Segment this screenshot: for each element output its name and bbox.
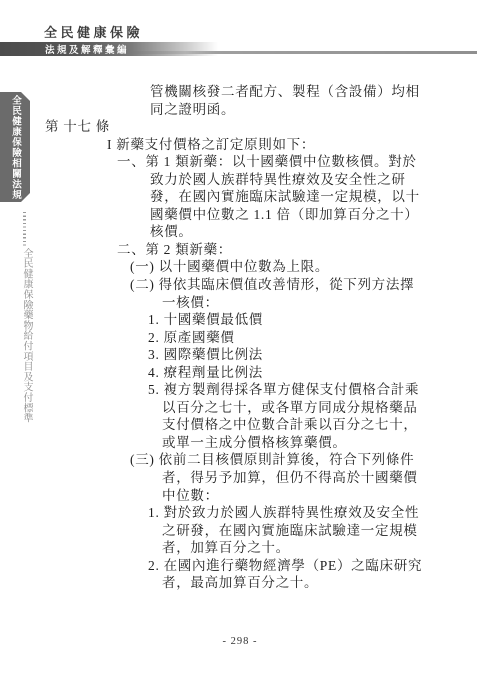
text-line: 國藥價中位數之 1.1 倍（即加算百分之十） (45, 206, 477, 224)
text-line: 1. 對於致力於國人族群特異性療效及安全性 (45, 504, 477, 522)
text-line: 者，得另予加算，但仍不得高於十國藥價 (45, 469, 477, 487)
text-line: 或單一主成分價格核算藥價。 (45, 434, 477, 452)
text-line: (三) 依前二目核價原則計算後，符合下列條件 (45, 451, 477, 469)
header-bar: 法規及解釋彙編 (0, 42, 218, 56)
text-line: 4. 療程劑量比例法 (45, 364, 477, 382)
page-number: - 298 - (0, 636, 480, 647)
text-line: 2. 在國內進行藥物經濟學（PE）之臨床研究 (45, 557, 477, 575)
text-line: I 新藥支付價格之訂定原則如下： (45, 136, 477, 154)
text-line: (一) 以十國藥價中位數為上限。 (45, 258, 477, 276)
header-bar-label: 法規及解釋彙編 (45, 42, 129, 56)
text-line: 3. 國際藥價比例法 (45, 346, 477, 364)
book-title: 全民健康保險 (44, 22, 143, 41)
text-line: 5. 複方製劑得採各單方健保支付價格合計乘 (45, 381, 477, 399)
text-line: 一、第 1 類新藥：以十國藥價中位數核價。對於 (45, 153, 477, 171)
text-line: (二) 得依其臨床價值改善情形，從下列方法擇 (45, 276, 477, 294)
document-body: 管機關核發二者配方、製程（含設備）均相同之證明函。第 十七 條I 新藥支付價格之… (45, 83, 477, 592)
text-line: 之研發，在國內實施臨床試驗達一定規模 (45, 522, 477, 540)
text-line: 第 十七 條 (45, 118, 477, 136)
text-line: 二、第 2 類新藥： (45, 241, 477, 259)
text-line: 以百分之七十，或各單方同成分規格藥品 (45, 399, 477, 417)
text-line: 致力於國人族群特異性療效及安全性之研 (45, 171, 477, 189)
text-line: 發，在國內實施臨床試驗達一定規模，以十 (45, 188, 477, 206)
text-line: 者，加算百分之十。 (45, 539, 477, 557)
text-line: 一核價： (45, 294, 477, 312)
text-line: 核價。 (45, 223, 477, 241)
document-page: 全民健康保險 法規及解釋彙編 全民健康保險相關法規 全民健康保險藥物給付項目及支… (0, 0, 480, 681)
chapter-tab: 全民健康保險相關法規 (0, 92, 30, 202)
section-label: 全民健康保險藥物給付項目及支付標準 (13, 248, 34, 433)
text-line: 管機關核發二者配方、製程（含設備）均相 (45, 83, 477, 101)
chapter-tab-label: 全民健康保險相關法規 (8, 95, 22, 200)
text-line: 同之證明函。 (45, 101, 477, 119)
text-line: 者，最高加算百分之十。 (45, 574, 477, 592)
dotted-separator (23, 212, 26, 247)
text-line: 1. 十國藥價最低價 (45, 311, 477, 329)
text-line: 中位數： (45, 487, 477, 505)
text-line: 支付價格之中位數合計乘以百分之七十， (45, 416, 477, 434)
text-line: 2. 原產國藥價 (45, 329, 477, 347)
